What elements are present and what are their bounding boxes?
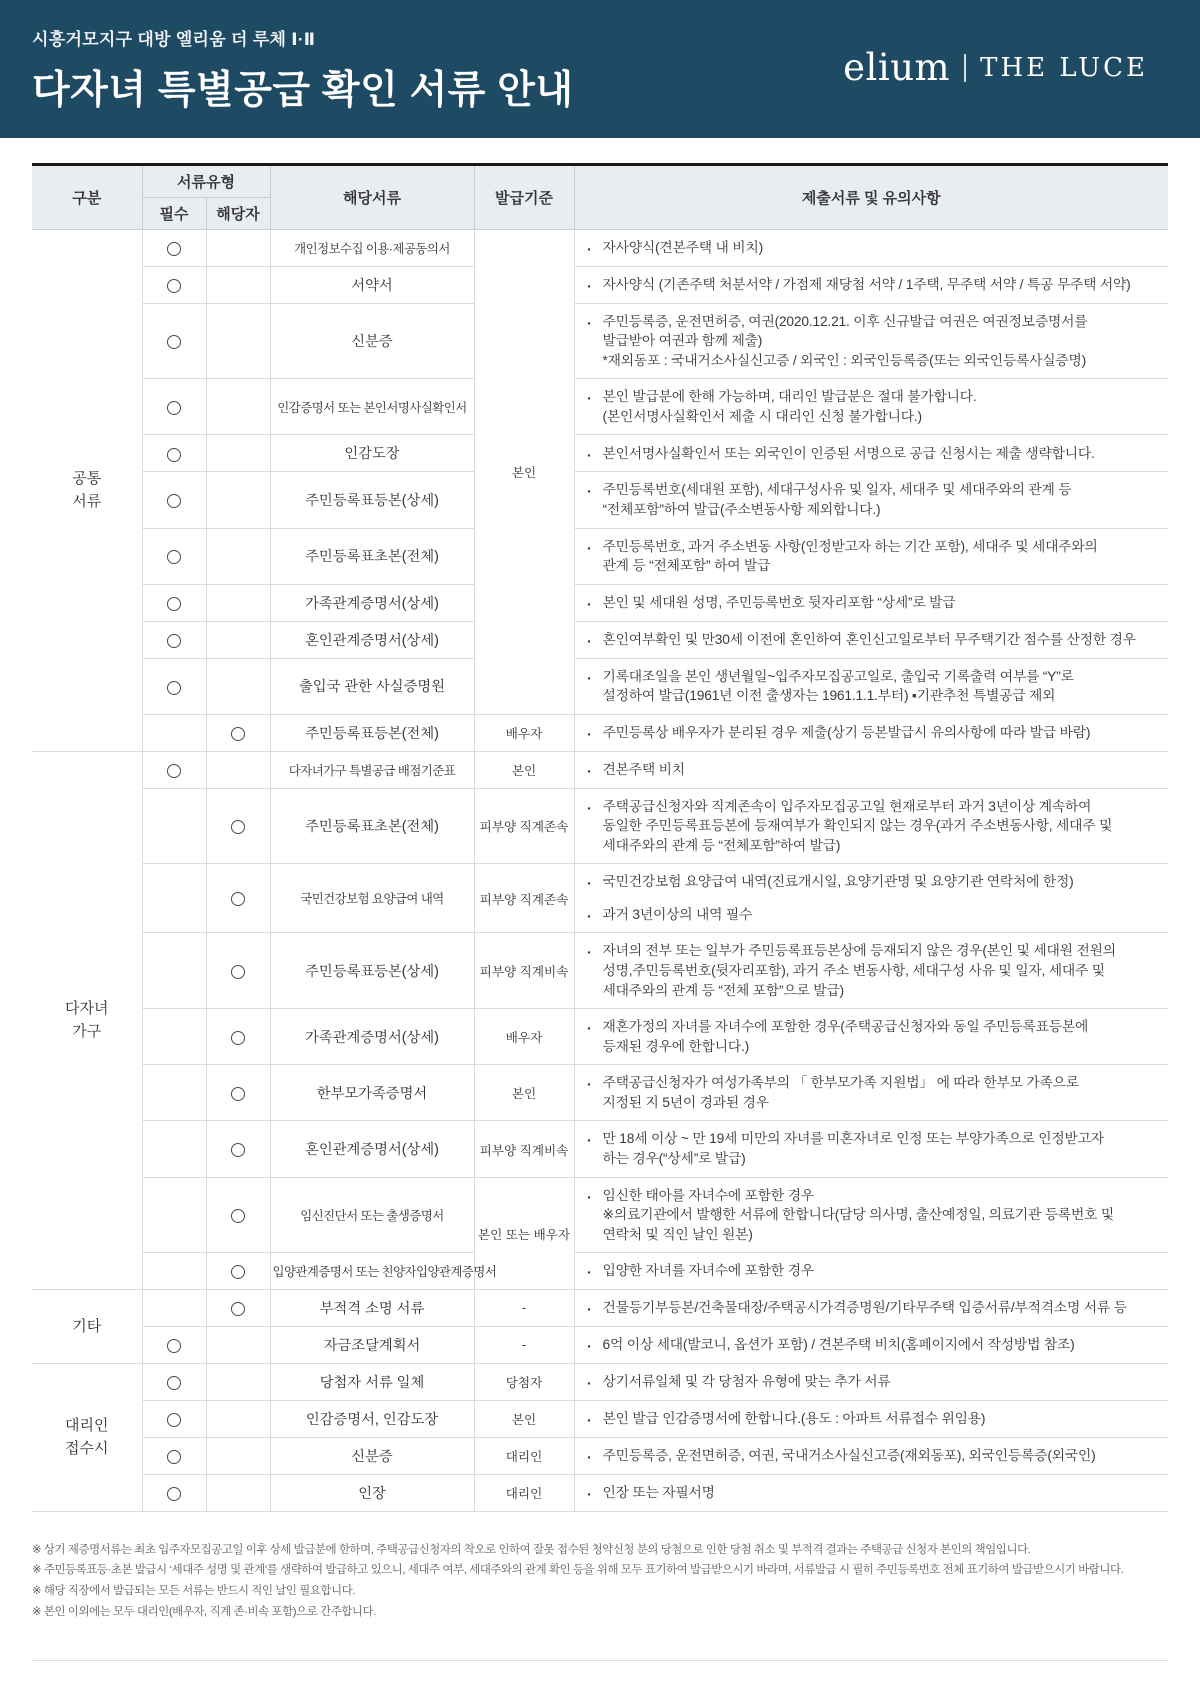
square-bullet-icon: ▪ [588, 667, 603, 687]
applicable-cell [206, 788, 270, 864]
criteria-cell: - [474, 1289, 574, 1326]
notes-cell: ▪건물등기부등본/건축물대장/주택공시가격증명원/기타무주택 입증서류/부적격소… [574, 1289, 1168, 1326]
applicable-cell [206, 751, 270, 788]
criteria-cell: 본인 [474, 751, 574, 788]
table-row: 대리인접수시당첨자 서류 일체당첨자▪상기서류일체 및 각 당첨자 유형에 맞는… [32, 1363, 1168, 1400]
required-cell [142, 435, 206, 472]
required-circle-mark [167, 1376, 181, 1390]
applicable-cell [206, 864, 270, 933]
criteria-cell: 배우자 [474, 714, 574, 751]
note-bullet-line: ▪주택공급신청자와 직계존속이 입주자모집공고일 현재로부터 과거 3년이상 계… [588, 797, 1159, 817]
document-cell: 인감증명서, 인감도장 [270, 1400, 474, 1437]
notes-cell: ▪본인서명사실확인서 또는 외국인이 인증된 서명으로 공급 신청시는 제출 생… [574, 435, 1168, 472]
note-bullet-line: ▪주민등록번호(세대원 포함), 세대구성사유 및 일자, 세대주 및 세대주와… [588, 480, 1159, 500]
note-bullet-line: ▪본인 발급 인감증명서에 한합니다.(용도 : 아파트 서류접수 위임용) [588, 1409, 1159, 1429]
document-cell: 한부모가족증명서 [270, 1065, 474, 1121]
note-bullet-line: ▪건물등기부등본/건축물대장/주택공시가격증명원/기타무주택 입증서류/부적격소… [588, 1298, 1159, 1318]
applicable-cell [206, 1289, 270, 1326]
square-bullet-icon: ▪ [588, 444, 603, 464]
criteria-cell: 당첨자 [474, 1363, 574, 1400]
notes-cell: ▪자사양식 (기존주택 처분서약 / 가점제 재당첨 서약 / 1주택, 무주택… [574, 266, 1168, 303]
document-cell: 신분증 [270, 303, 474, 379]
document-cell: 주민등록표초본(전체) [270, 788, 474, 864]
note-bullet-line: ▪상기서류일체 및 각 당첨자 유형에 맞는 추가 서류 [588, 1372, 1159, 1392]
required-circle-mark [167, 279, 181, 293]
footnote-line: ※ 상기 제증명서류는 최초 입주자모집공고일 이후 상세 발급분에 한하며, … [32, 1540, 1168, 1561]
document-page: 시흥거모지구 대방 엘리움 더 루체 Ⅰ·Ⅱ 다자녀 특별공급 확인 서류 안내… [0, 0, 1200, 1698]
table-row: 임신진단서 또는 출생증명서본인 또는 배우자▪임신한 태아를 자녀수에 포함한… [32, 1177, 1168, 1253]
applicable-cell [206, 303, 270, 379]
applicable-cell [206, 1474, 270, 1511]
document-cell: 자금조달계획서 [270, 1326, 474, 1363]
footnote-line: ※ 해당 직장에서 발급되는 모든 서류는 반드시 직인 날인 필요합니다. [32, 1581, 1168, 1602]
table-row: 기타부적격 소명 서류-▪건물등기부등본/건축물대장/주택공시가격증명원/기타무… [32, 1289, 1168, 1326]
document-cell: 인감도장 [270, 435, 474, 472]
note-bullet-line: ▪견본주택 비치 [588, 760, 1159, 780]
col-header-applicable: 해당자 [206, 198, 270, 230]
brand-logo: elium THE LUCE [843, 49, 1148, 86]
table-row: 신분증대리인▪주민등록증, 운전면허증, 여권, 국내거소사실신고증(재외동포)… [32, 1437, 1168, 1474]
document-cell: 가족관계증명서(상세) [270, 584, 474, 621]
criteria-cell: 배우자 [474, 1009, 574, 1065]
note-bullet-line: ▪6억 이상 세대(발코니, 옵션가 포함) / 견본주택 비치(홈페이지에서 … [588, 1335, 1159, 1355]
note-continuation-line: ▪세대주와의 관계 등 “전체포함”하여 발급) [588, 836, 1159, 856]
document-cell: 개인정보수집 이용·제공동의서 [270, 230, 474, 267]
note-continuation-line: ▪관계 등 “전체포함” 하여 발급 [588, 556, 1159, 576]
col-header-document: 해당서류 [270, 165, 474, 230]
col-header-required: 필수 [142, 198, 206, 230]
note-bullet-line: ▪과거 3년이상의 내역 필수 [588, 905, 1159, 925]
notes-cell: ▪상기서류일체 및 각 당첨자 유형에 맞는 추가 서류 [574, 1363, 1168, 1400]
document-cell: 신분증 [270, 1437, 474, 1474]
required-cell [142, 230, 206, 267]
document-cell: 당첨자 서류 일체 [270, 1363, 474, 1400]
brand-elium-wordmark: elium [843, 49, 950, 86]
notes-cell: ▪기록대조일을 본인 생년월일~입주자모집공고일로, 출입국 기록출력 여부를 … [574, 658, 1168, 714]
table-row: 가족관계증명서(상세)▪본인 및 세대원 성명, 주민등록번호 뒷자리포함 “상… [32, 584, 1168, 621]
applicable-circle-mark [231, 892, 245, 906]
note-bullet-line: ▪주민등록상 배우자가 분리된 경우 제출(상기 등본발급시 유의사항에 따라 … [588, 723, 1159, 743]
notes-cell: ▪자사양식(견본주택 내 비치) [574, 230, 1168, 267]
square-bullet-icon: ▪ [588, 1335, 603, 1355]
applicable-circle-mark [231, 1302, 245, 1316]
square-bullet-icon: ▪ [588, 872, 603, 892]
table-row: 인장대리인▪인장 또는 자필서명 [32, 1474, 1168, 1511]
notes-cell: ▪재혼가정의 자녀를 자녀수에 포함한 경우(주택공급신청자와 동일 주민등록표… [574, 1009, 1168, 1065]
footnote-line: ※ 주민등록표등·초본 발급시 ‘세대주 성명 및 관계’를 생략하여 발급하고… [32, 1560, 1168, 1581]
brand-divider [964, 54, 966, 82]
note-bullet-line: ▪자녀의 전부 또는 일부가 주민등록표등본상에 등재되지 않은 경우(본인 및… [588, 941, 1159, 961]
required-cell [142, 1289, 206, 1326]
notes-cell: ▪6억 이상 세대(발코니, 옵션가 포함) / 견본주택 비치(홈페이지에서 … [574, 1326, 1168, 1363]
note-continuation-line: ▪동일한 주민등록표등본에 등재여부가 확인되지 않는 경우(과거 주소변동사항… [588, 816, 1159, 836]
square-bullet-icon: ▪ [588, 537, 603, 557]
required-cell [142, 658, 206, 714]
document-cell: 가족관계증명서(상세) [270, 1009, 474, 1065]
note-bullet-line: ▪주민등록증, 운전면허증, 여권, 국내거소사실신고증(재외동포), 외국인등… [588, 1446, 1159, 1466]
square-bullet-icon: ▪ [588, 238, 603, 258]
note-continuation-line: ▪발급받아 여권과 함께 제출) [588, 331, 1159, 351]
document-cell: 임신진단서 또는 출생증명서 [270, 1177, 474, 1253]
square-bullet-icon: ▪ [588, 1129, 603, 1149]
notes-cell: ▪주민등록번호(세대원 포함), 세대구성사유 및 일자, 세대주 및 세대주와… [574, 472, 1168, 528]
required-cell [142, 584, 206, 621]
note-continuation-line: ▪연락처 및 직인 날인 원본) [588, 1225, 1159, 1245]
square-bullet-icon: ▪ [588, 1261, 603, 1281]
criteria-cell: - [474, 1326, 574, 1363]
required-circle-mark [167, 597, 181, 611]
square-bullet-icon: ▪ [588, 1372, 603, 1392]
note-bullet-line: ▪입양한 자녀를 자녀수에 포함한 경우 [588, 1261, 1159, 1281]
bottom-divider [32, 1660, 1168, 1661]
table-row: 주민등록표초본(전체)피부양 직계존속▪주택공급신청자와 직계존속이 입주자모집… [32, 788, 1168, 864]
note-continuation-line: ▪세대주와의 관계 등 “전체 포함”으로 발급) [588, 981, 1159, 1001]
col-header-criteria: 발급기준 [474, 165, 574, 230]
criteria-cell: 본인 [474, 1400, 574, 1437]
document-cell: 주민등록표등본(상세) [270, 472, 474, 528]
required-cell [142, 1009, 206, 1065]
square-bullet-icon: ▪ [588, 593, 603, 613]
criteria-cell: 본인 [474, 230, 574, 715]
table-row: 한부모가족증명서본인▪주택공급신청자가 여성가족부의 「 한부모가족 지원법」 … [32, 1065, 1168, 1121]
note-bullet-line: ▪자사양식(견본주택 내 비치) [588, 238, 1159, 258]
required-cell [142, 528, 206, 584]
table-row: 서약서▪자사양식 (기존주택 처분서약 / 가점제 재당첨 서약 / 1주택, … [32, 266, 1168, 303]
note-continuation-line: ▪지정된 지 5년이 경과된 경우 [588, 1093, 1159, 1113]
required-circle-mark [167, 1339, 181, 1353]
required-circle-mark [167, 681, 181, 695]
section-category-cell: 기타 [32, 1289, 142, 1363]
square-bullet-icon: ▪ [588, 387, 603, 407]
applicable-cell [206, 1363, 270, 1400]
note-bullet-line: ▪국민건강보험 요양급여 내역(진료개시일, 요양기관명 및 요양기관 연락처에… [588, 872, 1159, 892]
applicable-circle-mark [231, 1143, 245, 1157]
applicable-cell [206, 1065, 270, 1121]
content-area: 구분 서류유형 해당서류 발급기준 제출서류 및 유의사항 필수 해당자 공통서… [0, 163, 1200, 1661]
required-cell [142, 864, 206, 933]
note-bullet-line: ▪본인 및 세대원 성명, 주민등록번호 뒷자리포함 “상세”로 발급 [588, 593, 1159, 613]
table-row: 주민등록표초본(전체)▪주민등록번호, 과거 주소변동 사항(인정받고자 하는 … [32, 528, 1168, 584]
note-bullet-line: ▪인장 또는 자필서명 [588, 1483, 1159, 1503]
required-cell [142, 1253, 206, 1290]
applicable-circle-mark [231, 1209, 245, 1223]
required-cell [142, 1437, 206, 1474]
applicable-circle-mark [231, 1265, 245, 1279]
square-bullet-icon: ▪ [588, 1298, 603, 1318]
applicable-cell [206, 528, 270, 584]
applicable-circle-mark [231, 1087, 245, 1101]
required-cell [142, 1474, 206, 1511]
square-bullet-icon: ▪ [588, 312, 603, 332]
brand-the-luce-wordmark: THE LUCE [980, 55, 1148, 81]
note-continuation-line: ▪등재된 경우에 한합니다.) [588, 1037, 1159, 1057]
table-row: 혼인관계증명서(상세)피부양 직계비속▪만 18세 이상 ~ 만 19세 미만의… [32, 1121, 1168, 1177]
square-bullet-icon: ▪ [588, 1073, 603, 1093]
applicable-cell [206, 621, 270, 658]
required-circle-mark [167, 634, 181, 648]
applicable-cell [206, 230, 270, 267]
notes-cell: ▪주택공급신청자와 직계존속이 입주자모집공고일 현재로부터 과거 3년이상 계… [574, 788, 1168, 864]
square-bullet-icon: ▪ [588, 905, 603, 925]
note-bullet-line: ▪주민등록번호, 과거 주소변동 사항(인정받고자 하는 기간 포함), 세대주… [588, 537, 1159, 557]
required-circle-mark [167, 335, 181, 349]
note-bullet-line: ▪본인 발급분에 한해 가능하며, 대리인 발급분은 절대 불가합니다. [588, 387, 1159, 407]
notes-cell: ▪자녀의 전부 또는 일부가 주민등록표등본상에 등재되지 않은 경우(본인 및… [574, 933, 1168, 1009]
square-bullet-icon: ▪ [588, 1017, 603, 1037]
table-row: 인감증명서 또는 본인서명사실확인서▪본인 발급분에 한해 가능하며, 대리인 … [32, 379, 1168, 435]
notes-cell: ▪임신한 태아를 자녀수에 포함한 경우▪※의료기관에서 발행한 서류에 한합니… [574, 1177, 1168, 1253]
applicable-cell [206, 472, 270, 528]
section-category-cell: 공통서류 [32, 230, 142, 752]
applicable-cell [206, 435, 270, 472]
document-cell: 주민등록표초본(전체) [270, 528, 474, 584]
note-bullet-line: ▪만 18세 이상 ~ 만 19세 미만의 자녀를 미혼자녀로 인정 또는 부양… [588, 1129, 1159, 1149]
notes-cell: ▪주민등록증, 운전면허증, 여권(2020.12.21. 이후 신규발급 여권… [574, 303, 1168, 379]
note-bullet-line: ▪혼인여부확인 및 만30세 이전에 혼인하여 혼인신고일로부터 무주택기간 점… [588, 630, 1159, 650]
notes-cell: ▪인장 또는 자필서명 [574, 1474, 1168, 1511]
required-circle-mark [167, 401, 181, 415]
required-circle-mark [167, 1413, 181, 1427]
note-continuation-line: ▪(본인서명사실확인서 제출 시 대리인 신청 불가합니다.) [588, 407, 1159, 427]
notes-cell: ▪주민등록번호, 과거 주소변동 사항(인정받고자 하는 기간 포함), 세대주… [574, 528, 1168, 584]
applicable-circle-mark [231, 727, 245, 741]
document-cell: 다자녀가구 특별공급 배점기준표 [270, 751, 474, 788]
footnotes: ※ 상기 제증명서류는 최초 입주자모집공고일 이후 상세 발급분에 한하며, … [32, 1540, 1168, 1622]
table-row: 가족관계증명서(상세)배우자▪재혼가정의 자녀를 자녀수에 포함한 경우(주택공… [32, 1009, 1168, 1065]
note-bullet-line: ▪임신한 태아를 자녀수에 포함한 경우 [588, 1186, 1159, 1206]
square-bullet-icon: ▪ [588, 723, 603, 743]
square-bullet-icon: ▪ [588, 1446, 603, 1466]
notes-cell: ▪본인 발급분에 한해 가능하며, 대리인 발급분은 절대 불가합니다.▪(본인… [574, 379, 1168, 435]
square-bullet-icon: ▪ [588, 275, 603, 295]
required-cell [142, 266, 206, 303]
required-cell [142, 1363, 206, 1400]
required-cell [142, 788, 206, 864]
table-header: 구분 서류유형 해당서류 발급기준 제출서류 및 유의사항 필수 해당자 [32, 165, 1168, 230]
note-bullet-line: ▪재혼가정의 자녀를 자녀수에 포함한 경우(주택공급신청자와 동일 주민등록표… [588, 1017, 1159, 1037]
notes-cell: ▪주택공급신청자가 여성가족부의 「 한부모가족 지원법」 에 따라 한부모 가… [574, 1065, 1168, 1121]
square-bullet-icon: ▪ [588, 1409, 603, 1429]
section-category-cell: 다자녀가구 [32, 751, 142, 1289]
criteria-cell: 피부양 직계비속 [474, 1121, 574, 1177]
applicable-cell [206, 1253, 270, 1290]
table-row: 주민등록표등본(상세)피부양 직계비속▪자녀의 전부 또는 일부가 주민등록표등… [32, 933, 1168, 1009]
required-circle-mark [167, 1487, 181, 1501]
required-cell [142, 933, 206, 1009]
notes-cell: ▪만 18세 이상 ~ 만 19세 미만의 자녀를 미혼자녀로 인정 또는 부양… [574, 1121, 1168, 1177]
document-cell: 국민건강보험 요양급여 내역 [270, 864, 474, 933]
note-continuation-line: ▪성명,주민등록번호(뒷자리포함), 과거 주소 변동사항, 세대구성 사유 및… [588, 961, 1159, 981]
applicable-cell [206, 1400, 270, 1437]
table-row: 출입국 관한 사실증명원▪기록대조일을 본인 생년월일~입주자모집공고일로, 출… [32, 658, 1168, 714]
table-row: 인감도장▪본인서명사실확인서 또는 외국인이 인증된 서명으로 공급 신청시는 … [32, 435, 1168, 472]
required-cell [142, 621, 206, 658]
required-circle-mark [167, 1450, 181, 1464]
applicable-cell [206, 658, 270, 714]
applicable-cell [206, 1326, 270, 1363]
page-subtitle: 시흥거모지구 대방 엘리움 더 루체 Ⅰ·Ⅱ [32, 25, 574, 50]
applicable-cell [206, 1009, 270, 1065]
table-row: 입양관계증명서 또는 친양자입양관계증명서▪입양한 자녀를 자녀수에 포함한 경… [32, 1253, 1168, 1290]
note-bullet-line: ▪주택공급신청자가 여성가족부의 「 한부모가족 지원법」 에 따라 한부모 가… [588, 1073, 1159, 1093]
applicable-cell [206, 379, 270, 435]
document-cell: 서약서 [270, 266, 474, 303]
table-row: 다자녀가구다자녀가구 특별공급 배점기준표본인▪견본주택 비치 [32, 751, 1168, 788]
section-category-cell: 대리인접수시 [32, 1363, 142, 1511]
required-circle-mark [167, 448, 181, 462]
note-bullet-line: ▪주민등록증, 운전면허증, 여권(2020.12.21. 이후 신규발급 여권… [588, 312, 1159, 332]
notes-cell: ▪주민등록증, 운전면허증, 여권, 국내거소사실신고증(재외동포), 외국인등… [574, 1437, 1168, 1474]
required-circle-mark [167, 550, 181, 564]
table-row: 주민등록표등본(상세)▪주민등록번호(세대원 포함), 세대구성사유 및 일자,… [32, 472, 1168, 528]
notes-cell: ▪본인 및 세대원 성명, 주민등록번호 뒷자리포함 “상세”로 발급 [574, 584, 1168, 621]
applicable-cell [206, 933, 270, 1009]
required-cell [142, 379, 206, 435]
document-cell: 입양관계증명서 또는 친양자입양관계증명서 [270, 1253, 474, 1290]
applicable-cell [206, 714, 270, 751]
note-continuation-line: ▪※의료기관에서 발행한 서류에 한합니다(담당 의사명, 출산예정일, 의료기… [588, 1205, 1159, 1225]
required-cell [142, 714, 206, 751]
note-continuation-line: ▪*재외동포 : 국내거소사실신고증 / 외국인 : 외국인등록증(또는 외국인… [588, 351, 1159, 371]
col-header-category: 구분 [32, 165, 142, 230]
notes-cell: ▪견본주택 비치 [574, 751, 1168, 788]
applicable-cell [206, 266, 270, 303]
required-cell [142, 1121, 206, 1177]
note-continuation-line: ▪설정하여 발급(1961년 이전 출생자는 1961.1.1.부터) ▪기관추… [588, 686, 1159, 706]
notes-cell: ▪국민건강보험 요양급여 내역(진료개시일, 요양기관명 및 요양기관 연락처에… [574, 864, 1168, 933]
applicable-cell [206, 1121, 270, 1177]
document-cell: 출입국 관한 사실증명원 [270, 658, 474, 714]
applicable-circle-mark [231, 1031, 245, 1045]
notes-cell: ▪주민등록상 배우자가 분리된 경우 제출(상기 등본발급시 유의사항에 따라 … [574, 714, 1168, 751]
note-bullet-line: ▪기록대조일을 본인 생년월일~입주자모집공고일로, 출입국 기록출력 여부를 … [588, 667, 1159, 687]
document-cell: 인장 [270, 1474, 474, 1511]
applicable-circle-mark [231, 965, 245, 979]
required-circle-mark [167, 494, 181, 508]
header-band: 시흥거모지구 대방 엘리움 더 루체 Ⅰ·Ⅱ 다자녀 특별공급 확인 서류 안내… [0, 0, 1200, 138]
square-bullet-icon: ▪ [588, 941, 603, 961]
col-header-doc-type: 서류유형 [142, 165, 270, 198]
square-bullet-icon: ▪ [588, 1186, 603, 1206]
required-cell [142, 1177, 206, 1253]
applicable-circle-mark [231, 820, 245, 834]
applicable-cell [206, 584, 270, 621]
required-cell [142, 1326, 206, 1363]
required-cell [142, 1065, 206, 1121]
page-title: 다자녀 특별공급 확인 서류 안내 [32, 59, 574, 115]
notes-cell: ▪본인 발급 인감증명서에 한합니다.(용도 : 아파트 서류접수 위임용) [574, 1400, 1168, 1437]
criteria-cell: 본인 [474, 1065, 574, 1121]
table-body: 공통서류개인정보수집 이용·제공동의서본인▪자사양식(견본주택 내 비치)서약서… [32, 230, 1168, 1512]
required-cell [142, 303, 206, 379]
required-circle-mark [167, 764, 181, 778]
note-continuation-line: ▪하는 경우(“상세”로 발급) [588, 1149, 1159, 1169]
table-row: 자금조달계획서-▪6억 이상 세대(발코니, 옵션가 포함) / 견본주택 비치… [32, 1326, 1168, 1363]
square-bullet-icon: ▪ [588, 480, 603, 500]
document-cell: 부적격 소명 서류 [270, 1289, 474, 1326]
document-cell: 인감증명서 또는 본인서명사실확인서 [270, 379, 474, 435]
table-row: 신분증▪주민등록증, 운전면허증, 여권(2020.12.21. 이후 신규발급… [32, 303, 1168, 379]
table-row: 공통서류개인정보수집 이용·제공동의서본인▪자사양식(견본주택 내 비치) [32, 230, 1168, 267]
applicable-cell [206, 1437, 270, 1474]
criteria-cell: 대리인 [474, 1474, 574, 1511]
square-bullet-icon: ▪ [588, 1483, 603, 1503]
table-row: 혼인관계증명서(상세)▪혼인여부확인 및 만30세 이전에 혼인하여 혼인신고일… [32, 621, 1168, 658]
criteria-cell: 피부양 직계존속 [474, 788, 574, 864]
square-bullet-icon: ▪ [588, 630, 603, 650]
notes-cell: ▪혼인여부확인 및 만30세 이전에 혼인하여 혼인신고일로부터 무주택기간 점… [574, 621, 1168, 658]
document-cell: 혼인관계증명서(상세) [270, 1121, 474, 1177]
document-cell: 주민등록표등본(상세) [270, 933, 474, 1009]
criteria-cell: 대리인 [474, 1437, 574, 1474]
square-bullet-icon: ▪ [588, 797, 603, 817]
note-bullet-line: ▪본인서명사실확인서 또는 외국인이 인증된 서명으로 공급 신청시는 제출 생… [588, 444, 1159, 464]
applicable-cell [206, 1177, 270, 1253]
criteria-cell: 피부양 직계비속 [474, 933, 574, 1009]
document-cell: 혼인관계증명서(상세) [270, 621, 474, 658]
table-row: 국민건강보험 요양급여 내역피부양 직계존속▪국민건강보험 요양급여 내역(진료… [32, 864, 1168, 933]
notes-cell: ▪입양한 자녀를 자녀수에 포함한 경우 [574, 1253, 1168, 1290]
table-row: 인감증명서, 인감도장본인▪본인 발급 인감증명서에 한합니다.(용도 : 아파… [32, 1400, 1168, 1437]
note-bullet-line: ▪자사양식 (기존주택 처분서약 / 가점제 재당첨 서약 / 1주택, 무주택… [588, 275, 1159, 295]
table-row: 주민등록표등본(전체)배우자▪주민등록상 배우자가 분리된 경우 제출(상기 등… [32, 714, 1168, 751]
documents-table: 구분 서류유형 해당서류 발급기준 제출서류 및 유의사항 필수 해당자 공통서… [32, 163, 1168, 1512]
required-cell [142, 751, 206, 788]
required-cell [142, 1400, 206, 1437]
col-header-notes: 제출서류 및 유의사항 [574, 165, 1168, 230]
square-bullet-icon: ▪ [588, 760, 603, 780]
footnote-line: ※ 본인 이외에는 모두 대리인(배우자, 직계 존·비속 포함)으로 간주합니… [32, 1602, 1168, 1623]
required-cell [142, 472, 206, 528]
header-titles: 시흥거모지구 대방 엘리움 더 루체 Ⅰ·Ⅱ 다자녀 특별공급 확인 서류 안내 [32, 0, 574, 115]
note-continuation-line: ▪“전체포함”하여 발급(주소변동사항 제외합니다.) [588, 500, 1159, 520]
required-circle-mark [167, 242, 181, 256]
criteria-cell: 피부양 직계존속 [474, 864, 574, 933]
document-cell: 주민등록표등본(전체) [270, 714, 474, 751]
